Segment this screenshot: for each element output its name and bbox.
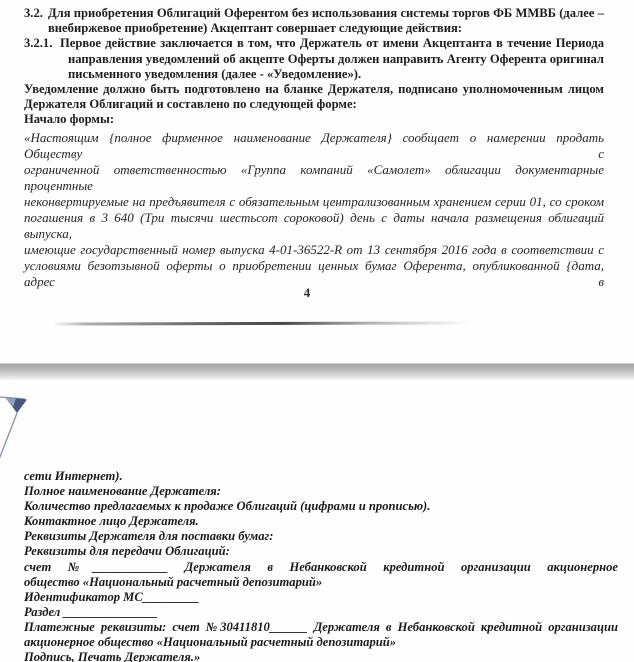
form-line-3: неконвертируемые на предъявителя с обяза… [24, 194, 604, 210]
page5-body: сети Интернет). Полное наименование Держ… [24, 469, 618, 662]
clause-3-2-number: 3.2. [24, 6, 48, 21]
clause-3-2-text-1: Для приобретения Облигаций Оферентом без… [48, 6, 604, 21]
clause-3-2-1-text-2: направления уведомлений об акцепте Оферт… [24, 52, 604, 67]
clause-3-2-line-1: 3.2. Для приобретения Облигаций Оференто… [24, 6, 604, 21]
p2-line-internet: сети Интернет). [24, 469, 618, 484]
p2-line-nsd-society-2: акционерное общество «Национальный расче… [24, 635, 618, 650]
page-break-separator [0, 363, 634, 380]
p2-line-quantity: Количество предлагаемых к продаже Облига… [24, 499, 618, 514]
p2-line-account: счет №____________ Держателя в Небанковс… [24, 560, 618, 575]
form-line-4: погашения в 3 640 (Три тысячи шестьсот с… [24, 210, 604, 242]
notice-paragraph-line-2: Держателя Облигаций и составлено по след… [24, 97, 604, 112]
notice-paragraph-line-1: Уведомление должно быть подготовлено на … [24, 82, 604, 97]
clause-3-2-1-text-1: Первое действие заключается в том, что Д… [60, 36, 604, 51]
form-line-5: имеющие государственный номер выпуска 4-… [24, 242, 604, 258]
page4-body: 3.2. Для приобретения Облигаций Оференто… [24, 6, 604, 291]
pen-checkmark-icon [0, 388, 42, 466]
page-number: 4 [0, 285, 614, 301]
p2-line-contact-person: Контактное лицо Держателя. [24, 514, 618, 529]
clause-3-2-line-2: внебиржевое приобретение) Акцептант сове… [24, 21, 604, 36]
p2-line-delivery-details: Реквизиты Держателя для поставки бумаг: [24, 529, 618, 544]
clause-3-2-1-line-1: 3.2.1. Первое действие заключается в том… [24, 36, 604, 51]
p2-line-section: Раздел _______________ [24, 605, 618, 620]
form-start-label: Начало формы: [24, 112, 604, 127]
p2-line-nsd-society: общество «Национальный расчетный депозит… [24, 575, 618, 590]
form-line-1: «Настоящим {полное фирменное наименовани… [24, 130, 604, 162]
form-line-2: ограниченной ответственностью «Группа ко… [24, 162, 604, 194]
p2-line-signature-seal: Подпись, Печать Держателя.» [24, 650, 618, 662]
clause-3-2-1-number: 3.2.1. [24, 36, 60, 51]
p2-line-holder-name: Полное наименование Держателя: [24, 484, 618, 499]
clause-3-2-1-text-3: письменного уведомления (далее - «Уведом… [24, 67, 604, 82]
scan-artifact-line [52, 321, 472, 325]
clause-3-2-text-2: внебиржевое приобретение) Акцептант сове… [48, 21, 604, 36]
scanned-page-5: сети Интернет). Полное наименование Держ… [0, 380, 634, 662]
form-text-block: «Настоящим {полное фирменное наименовани… [24, 130, 604, 291]
p2-line-payment-details: Платежные реквизиты: счет №30411810_____… [24, 620, 618, 635]
p2-line-identifier-mc: Идентификатор МС_________ [24, 590, 618, 605]
p2-line-transfer-details: Реквизиты для передачи Облигаций: [24, 544, 618, 559]
scanned-page-4: 3.2. Для приобретения Облигаций Оференто… [0, 0, 634, 363]
